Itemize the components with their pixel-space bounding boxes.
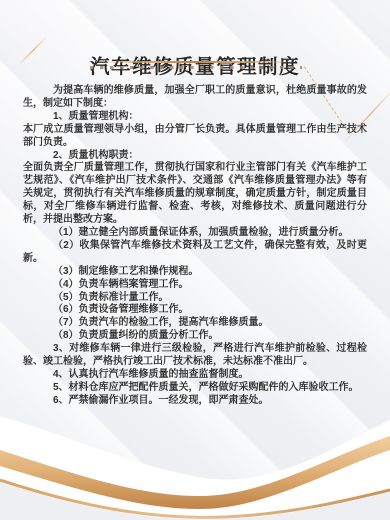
document-body: 为提高车辆的维修质量，加强全厂职工的质量意识，杜绝质量事故的发生，制定如下制度：… [23,85,367,408]
page-frame: 汽车维修质量管理制度 为提高车辆的维修质量，加强全厂职工的质量意识，杜绝质量事故… [0,0,390,520]
title-underline-dashes [90,66,302,69]
gold-wave-decoration [0,410,390,520]
paragraph: 6、严禁偷漏作业项目。一经发现，即严肃查处。 [23,395,367,408]
paragraph: （6）负责设备管理维修工作。 [23,304,367,317]
paragraph: （7）负责汽车的检验工作，提高汽车维修质量。 [23,317,367,330]
paragraph: 3、对维修车辆一律进行三级检验，严格进行汽车维护前检验、过程检验、竣工检验，严格… [23,343,367,369]
paragraph: 2、质量机构职责： [23,150,367,163]
paragraph: 全面负责全厂质量管理工作，贯彻执行国家和行业主管部门有关《汽车维护工艺规范》、《… [23,162,367,227]
paragraph: 5、材料仓库应严把配件质量关，严格做好采购配件的入库验收工作。 [23,382,367,395]
paragraph: 本厂成立质量管理领导小组，由分管厂长负责。具体质量管理工作由生产技术部门负责。 [23,124,367,150]
paragraph: （1）建立健全内部质量保证体系，加强质量检验，进行质量分析。 [23,227,367,240]
paragraph: （4）负责车辆档案管理工作。 [23,279,367,292]
paragraph: （5）负责标准计量工作。 [23,292,367,305]
paragraph: （8）负责质量纠纷的质量分析工作。 [23,330,367,343]
paragraph: 为提高车辆的维修质量，加强全厂职工的质量意识，杜绝质量事故的发生，制定如下制度： [23,85,367,111]
paragraph: 4、认真执行汽车维修质量的抽查监督制度。 [23,369,367,382]
paragraph: 1、质量管理机构： [23,111,367,124]
paragraph: （3）制定维修工艺和操作规程。 [23,266,367,279]
title-accent-line [95,61,295,63]
paragraph: （2）收集保管汽车维修技术资料及工艺文件，确保完整有效，及时更新。 [23,240,367,266]
